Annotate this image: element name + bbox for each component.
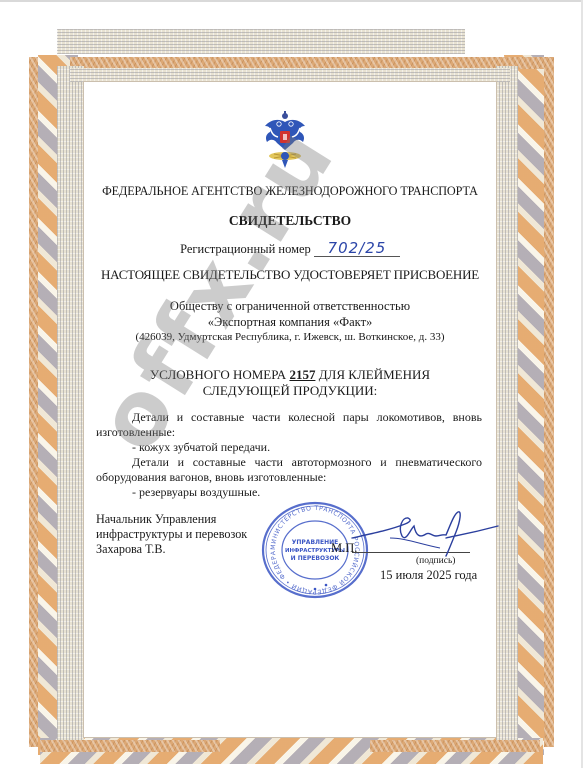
product-group-2-line1: Детали и составные части автотормозного … xyxy=(96,455,482,470)
issue-date: 15 июля 2025 года xyxy=(380,568,477,583)
certificate-document: ФЕДЕРАЛЬНОЕ АГЕНТСТВО ЖЕЛЕЗНОДОРОЖНОГО Т… xyxy=(0,0,583,768)
registration-label: Регистрационный номер xyxy=(180,242,311,256)
agency-name: ФЕДЕРАЛЬНОЕ АГЕНТСТВО ЖЕЛЕЗНОДОРОЖНОГО Т… xyxy=(84,184,496,199)
products-heading: СЛЕДУЮЩЕЙ ПРОДУКЦИИ: xyxy=(84,383,496,399)
organization-name: «Экспортная компания «Факт» xyxy=(84,315,496,330)
watermark: offx.ru xyxy=(76,58,386,469)
product-group-2: Детали и составные части автотормозного … xyxy=(96,455,482,485)
signatory-name: Захарова Т.В. xyxy=(96,542,166,557)
conditional-number: 2157 xyxy=(289,367,315,382)
svg-text:И ПЕРЕВОЗОК: И ПЕРЕВОЗОК xyxy=(291,555,340,562)
certifies-statement: НАСТОЯЩЕЕ СВИДЕТЕЛЬСТВО УДОСТОВЕРЯЕТ ПРИ… xyxy=(84,267,496,283)
signatory-position-line1: Начальник Управления xyxy=(96,512,216,527)
product-group-1-line1: Детали и составные части колесной пары л… xyxy=(96,410,482,425)
signatory-position-line2: инфраструктуры и перевозок xyxy=(96,527,247,542)
product-item-1: - кожух зубчатой передачи. xyxy=(132,440,270,455)
double-headed-eagle-emblem-icon xyxy=(262,110,308,170)
organization-type: Обществу с ограниченной ответственностью xyxy=(84,299,496,314)
product-group-1: Детали и составные части колесной пары л… xyxy=(96,410,482,440)
conditional-number-prefix: УСЛОВНОГО НОМЕРА xyxy=(150,367,290,382)
signature-caption: (подпись) xyxy=(416,556,455,566)
product-item-2: - резервуары воздушные. xyxy=(132,485,260,500)
certificate-title: СВИДЕТЕЛЬСТВО xyxy=(84,213,496,229)
organization-address: (426039, Удмуртская Республика, г. Ижевс… xyxy=(84,331,496,343)
registration-line: Регистрационный номер 702/25 xyxy=(84,241,496,257)
handwritten-signature-icon xyxy=(350,508,500,558)
conditional-number-line: УСЛОВНОГО НОМЕРА 2157 ДЛЯ КЛЕЙМЕНИЯ xyxy=(84,367,496,383)
registration-number: 702/25 xyxy=(314,241,400,257)
conditional-number-suffix: ДЛЯ КЛЕЙМЕНИЯ xyxy=(315,367,430,382)
product-group-2-line2: оборудования вагонов, вновь изготовленны… xyxy=(96,470,326,484)
product-group-1-line2: изготовленные: xyxy=(96,425,175,439)
